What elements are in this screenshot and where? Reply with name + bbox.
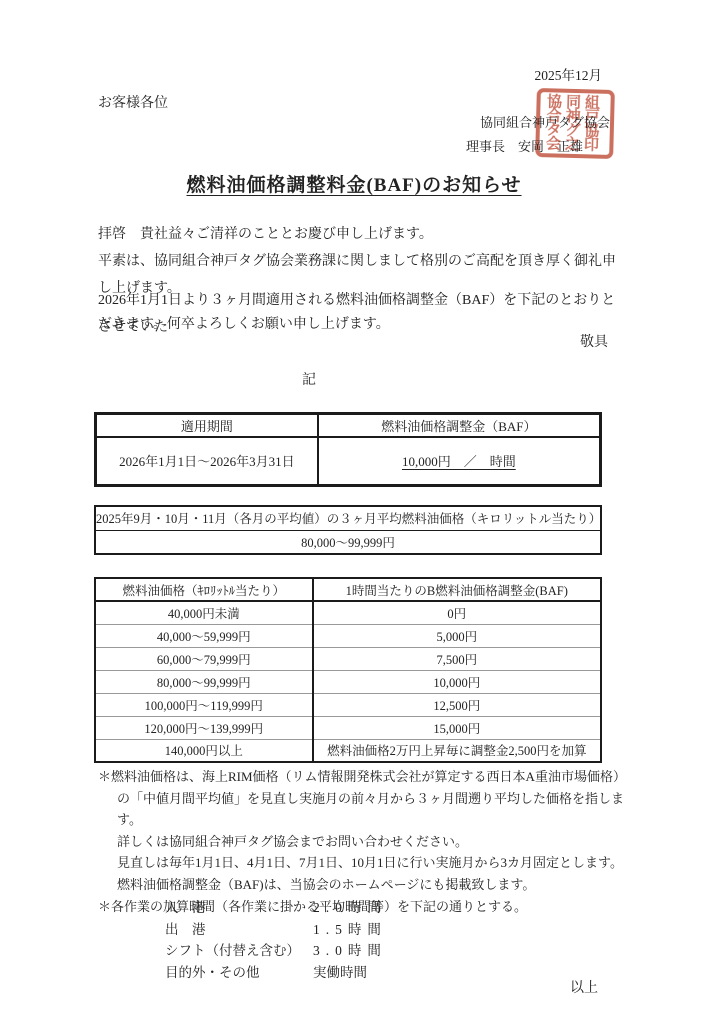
work-time-value: 2.0時間 — [313, 896, 387, 916]
work-time-value: 3.0時間 — [313, 939, 387, 959]
adjustment-cell: 10,000円 — [313, 670, 601, 693]
adjustment-cell: 燃料油価格2万円上昇毎に調整金2,500円を加算 — [313, 739, 601, 762]
adjustment-cell: 7,500円 — [313, 647, 601, 670]
addressee: お客様各位 — [98, 92, 168, 112]
baf-header-cell: 燃料油価格調整金（BAF） — [318, 414, 601, 437]
note-line: 見直しは毎年1月1日、4月1日、7月1日、10月1日に行い実施月から3カ月固定と… — [98, 852, 638, 874]
work-time-label: 入 港 — [165, 896, 313, 916]
baf-period-table: 適用期間 燃料油価格調整金（BAF） 2026年1月1日～2026年3月31日 … — [94, 412, 602, 487]
work-time-label: シフト（付替え含む） — [165, 939, 313, 959]
table-row: 60,000～79,999円 7,500円 — [95, 647, 601, 670]
table-row: 80,000～99,999円 — [95, 530, 601, 554]
work-time-row: 出 港 1.5時間 — [165, 917, 495, 939]
organization-name: 協同組合神戸タグ協会 — [480, 112, 610, 131]
adjustment-header-cell: 1時間当たりのB燃料油価格調整金(BAF) — [313, 578, 601, 601]
price-range-cell: 40,000円未満 — [95, 601, 313, 624]
work-time-label: 出 港 — [165, 918, 313, 938]
adjustment-cell: 5,000円 — [313, 624, 601, 647]
table-header-row: 燃料油価格（ｷﾛﾘｯﾄﾙ当たり） 1時間当たりのB燃料油価格調整金(BAF) — [95, 578, 601, 601]
adjustment-cell: 12,500円 — [313, 693, 601, 716]
average-price-header-cell: 2025年9月・10月・11月（各月の平均値）の３ヶ月平均燃料油価格（キロリット… — [95, 506, 601, 530]
rate-value-text: 10,000円 ／ 時間 — [402, 454, 516, 469]
document-title: 燃料油価格調整料金(BAF)のお知らせ — [94, 170, 614, 197]
table-row: 2026年1月1日～2026年3月31日 10,000円 ／ 時間 — [96, 437, 601, 486]
adjustment-cell: 0円 — [313, 601, 601, 624]
average-price-value-cell: 80,000～99,999円 — [95, 530, 601, 554]
note-line: 燃料油価格調整金（BAF)は、当協会のホームページにも掲載致します。 — [98, 874, 638, 896]
price-range-cell: 80,000～99,999円 — [95, 670, 313, 693]
price-range-cell: 60,000～79,999円 — [95, 647, 313, 670]
note-line: 詳しくは協同組合神戸タグ協会までお問い合わせください。 — [98, 831, 638, 853]
fuel-price-header-cell: 燃料油価格（ｷﾛﾘｯﾄﾙ当たり） — [95, 578, 313, 601]
document-date: 2025年12月 — [535, 64, 603, 84]
price-range-cell: 120,000円～139,999円 — [95, 716, 313, 739]
average-fuel-price-table: 2025年9月・10月・11月（各月の平均値）の３ヶ月平均燃料油価格（キロリット… — [94, 505, 602, 555]
document-page: 2025年12月 お客様各位 協同組合神戸タグ協会之印 協同組合神戸タグ協会 理… — [0, 0, 724, 1024]
table-row: 40,000～59,999円 5,000円 — [95, 624, 601, 647]
work-time-row: シフト（付替え含む） 3.0時間 — [165, 938, 495, 960]
price-range-cell: 140,000円以上 — [95, 739, 313, 762]
president-name: 理事長 安岡 正雄 — [466, 136, 583, 155]
table-row: 140,000円以上 燃料油価格2万円上昇毎に調整金2,500円を加算 — [95, 739, 601, 762]
note-line: ＊燃料油価格は、海上RIM価格（リム情報開発株式会社が算定する西日本A重油市場価… — [98, 766, 638, 788]
work-time-row: 入 港 2.0時間 — [165, 895, 495, 917]
baf-scale-table: 燃料油価格（ｷﾛﾘｯﾄﾙ当たり） 1時間当たりのB燃料油価格調整金(BAF) 4… — [94, 577, 602, 763]
record-marker: 記 — [94, 369, 524, 389]
greeting-line-1: 拝啓 貴社益々ご清祥のこととお慶び申し上げます。 — [98, 221, 618, 248]
adjustment-cell: 15,000円 — [313, 716, 601, 739]
price-range-cell: 40,000～59,999円 — [95, 624, 313, 647]
table-row: 40,000円未満 0円 — [95, 601, 601, 624]
note-line: の「中値月間平均値」を見直し実施月の前々月から３ヶ月間遡り平均した価格を指します… — [98, 788, 638, 831]
table-row: 100,000円～119,999円 12,500円 — [95, 693, 601, 716]
rate-value-cell: 10,000円 ／ 時間 — [318, 437, 601, 486]
document-title-text: 燃料油価格調整料金(BAF)のお知らせ — [186, 175, 521, 196]
work-time-value: 1.5時間 — [313, 918, 387, 938]
end-marker: 以上 — [94, 977, 598, 997]
work-time-list: 入 港 2.0時間 出 港 1.5時間 シフト（付替え含む） 3.0時間 目的外… — [165, 895, 495, 982]
period-value-cell: 2026年1月1日～2026年3月31日 — [96, 437, 318, 486]
closing-keigu: 敬具 — [94, 331, 608, 351]
table-row: 80,000～99,999円 10,000円 — [95, 670, 601, 693]
price-range-cell: 100,000円～119,999円 — [95, 693, 313, 716]
period-header-cell: 適用期間 — [96, 414, 318, 437]
table-header-row: 2025年9月・10月・11月（各月の平均値）の３ヶ月平均燃料油価格（キロリット… — [95, 506, 601, 530]
table-header-row: 適用期間 燃料油価格調整金（BAF） — [96, 414, 601, 437]
table-row: 120,000円～139,999円 15,000円 — [95, 716, 601, 739]
